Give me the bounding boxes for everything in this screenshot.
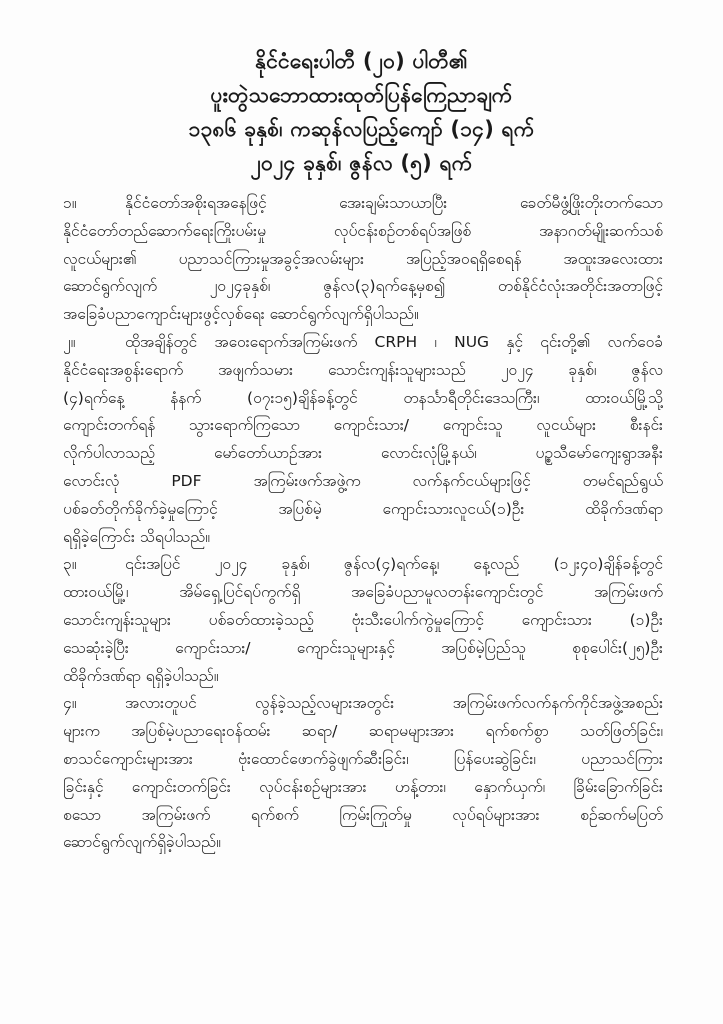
paragraph-line: ကျောင်းတက်ရန် သွားရောက်ကြသော ကျောင်းသား/… bbox=[63, 412, 663, 440]
paragraph-line: နိုင်ငံရေးအစွန်းရောက် အဖျက်သမား သောင်းကျ… bbox=[63, 357, 663, 385]
paragraph-line: ထိုအချိန်တွင် အဝေးရောက်အကြမ်းဖက် CRPH ၊ … bbox=[63, 329, 663, 357]
paragraph-line: သေဆုံးခဲ့ပြီး ကျောင်းသား/ ကျောင်းသူများန… bbox=[63, 635, 663, 663]
paragraph-line: လူငယ်များ၏ ပညာသင်ကြားမှုအခွင့်အလမ်းများ … bbox=[63, 246, 663, 274]
paragraph-number: ၂။ bbox=[63, 329, 75, 357]
paragraph-line: နိုင်ငံတော်တည်ဆောက်ရေးကြိုးပမ်းမှု လုပ်င… bbox=[63, 218, 663, 246]
paragraph-line: (၄)ရက်နေ့ နံနက် (၀၇း၁၅)ချိန်ခန့်တွင် တနင… bbox=[63, 385, 663, 413]
paragraph-line: စသော အကြမ်းဖက် ရက်စက် ကြမ်းကြုတ်မှု လုပ်… bbox=[63, 802, 663, 830]
paragraph-line: နိုင်ငံတော်အစိုးရအနေဖြင့် အေးချမ်းသာယာပြ… bbox=[63, 190, 663, 218]
paragraph-3: ၃။ ၎င်းအပြင် ၂၀၂၄ ခုနှစ်၊ ဇွန်လ(၄)ရက်နေ့… bbox=[63, 551, 663, 690]
paragraph-number: ၁။ bbox=[63, 190, 76, 218]
paragraph-line: ထိခိုက်ဒဏ်ရာ ရရှိခဲ့ပါသည်။ bbox=[63, 663, 663, 691]
paragraph-line: အလားတူပင် လွန်ခဲ့သည့်လများအတွင်း အကြမ်းဖ… bbox=[63, 690, 663, 718]
document-body: ၁။ နိုင်ငံတော်အစိုးရအနေဖြင့် အေးချမ်းသာယ… bbox=[63, 190, 663, 857]
heading-gregorian-date: ၂၀၂၄ ခုနှစ်၊ ဇွန်လ (၅) ရက် bbox=[0, 146, 723, 180]
heading-statement-title: ပူးတွဲသဘောထားထုတ်ပြန်ကြေညာချက် bbox=[0, 78, 723, 112]
paragraph-line: အခြေခံပညာကျောင်းများဖွင့်လှစ်ရေး ဆောင်ရွ… bbox=[63, 301, 663, 329]
heading-myanmar-date: ၁၃၈၆ ခုနှစ်၊ ကဆုန်လပြည့်ကျော် (၁၄) ရက် bbox=[0, 112, 723, 146]
heading-party-title: နိုင်ငံရေးပါတီ (၂၀) ပါတီ၏ bbox=[0, 44, 723, 78]
paragraph-line: စာသင်ကျောင်းများအား ဗုံးထောင်ဖောက်ခွဲဖျက… bbox=[63, 746, 663, 774]
paragraph-2: ၂။ ထိုအချိန်တွင် အဝေးရောက်အကြမ်းဖက် CRPH… bbox=[63, 329, 663, 551]
paragraph-line: လောင်းလုံ PDF အကြမ်းဖက်အဖွဲ့က လက်နက်ငယ်မ… bbox=[63, 468, 663, 496]
paragraph-line: ထားဝယ်မြို့၊ အိမ်ရှေ့ပြင်ရပ်ကွက်ရှိ အခြေ… bbox=[63, 579, 663, 607]
paragraph-line: ၎င်းအပြင် ၂၀၂၄ ခုနှစ်၊ ဇွန်လ(၄)ရက်နေ့၊ န… bbox=[63, 551, 663, 579]
paragraph-line: ရရှိခဲ့ကြောင်း သိရပါသည်။ bbox=[63, 524, 663, 552]
paragraph-line: သောင်းကျန်းသူများ ပစ်ခတ်ထားခဲ့သည့် ဗုံးသ… bbox=[63, 607, 663, 635]
paragraph-4: ၄။ အလားတူပင် လွန်ခဲ့သည့်လများအတွင်း အကြမ… bbox=[63, 690, 663, 857]
paragraph-line: ဆောင်ရွက်လျက် ၂၀၂၄ခုနှစ်၊ ဇွန်လ(၃)ရက်နေ့… bbox=[63, 273, 663, 301]
paragraph-number: ၃။ bbox=[63, 551, 76, 579]
paragraph-line: ဆောင်ရွက်လျက်ရှိခဲ့ပါသည်။ bbox=[63, 829, 663, 857]
paragraph-line: များက အပြစ်မဲ့ပညာရေးဝန်ထမ်း ဆရာ/ ဆရာမမျာ… bbox=[63, 718, 663, 746]
paragraph-1: ၁။ နိုင်ငံတော်အစိုးရအနေဖြင့် အေးချမ်းသာယ… bbox=[63, 190, 663, 329]
paragraph-line: ပစ်ခတ်တိုက်ခိုက်ခဲ့မှုကြောင့် အပြစ်မဲ့ က… bbox=[63, 496, 663, 524]
paragraph-number: ၄။ bbox=[63, 690, 76, 718]
document-heading: နိုင်ငံရေးပါတီ (၂၀) ပါတီ၏ ပူးတွဲသဘောထားထ… bbox=[0, 44, 723, 180]
paragraph-line: လိုက်ပါလာသည့် မော်တော်ယာဉ်အား လောင်းလုံမ… bbox=[63, 440, 663, 468]
paragraph-line: ခြင်းနှင့် ကျောင်းတက်ခြင်း လုပ်ငန်းစဉ်မျ… bbox=[63, 774, 663, 802]
document-page: နိုင်ငံရေးပါတီ (၂၀) ပါတီ၏ ပူးတွဲသဘောထားထ… bbox=[0, 0, 723, 1024]
